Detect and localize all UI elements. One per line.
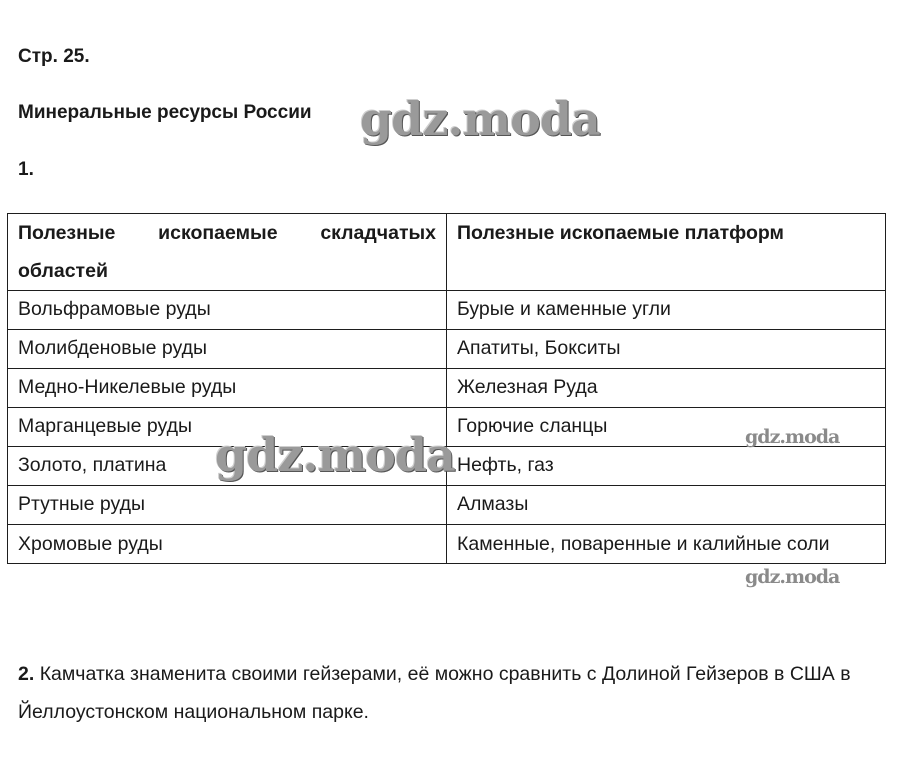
cell-folded-areas: Медно-Никелевые руды <box>8 369 447 408</box>
cell-platforms: Каменные, поваренные и калийные соли <box>447 525 886 564</box>
cell-platforms: Нефть, газ <box>447 447 886 486</box>
table-row: Медно-Никелевые рудыЖелезная Руда <box>8 369 886 408</box>
table-row: Молибденовые рудыАпатиты, Бокситы <box>8 330 886 369</box>
cell-platforms: Бурые и каменные угли <box>447 291 886 330</box>
cell-platforms: Апатиты, Бокситы <box>447 330 886 369</box>
cell-folded-areas: Марганцевые руды <box>8 408 447 447</box>
cell-folded-areas: Молибденовые руды <box>8 330 447 369</box>
header-platforms: Полезные ископаемые платформ <box>447 214 886 291</box>
page-reference: Стр. 25. <box>18 46 90 68</box>
task-2-text: Камчатка знаменита своими гейзерами, её … <box>18 663 851 723</box>
task-2-answer: 2. Камчатка знаменита своими гейзерами, … <box>18 655 880 731</box>
table-header-row: Полезные ископаемые складчатых областей … <box>8 214 886 291</box>
cell-folded-areas: Вольфрамовые руды <box>8 291 447 330</box>
cell-platforms: Горючие сланцы <box>447 408 886 447</box>
cell-folded-areas: Золото, платина <box>8 447 447 486</box>
cell-folded-areas: Ртутные руды <box>8 486 447 525</box>
table-row: Вольфрамовые рудыБурые и каменные угли <box>8 291 886 330</box>
table-row: Хромовые рудыКаменные, поваренные и кали… <box>8 525 886 564</box>
watermark: gdz.moda <box>745 566 839 588</box>
minerals-table: Полезные ископаемые складчатых областей … <box>7 213 886 564</box>
table-row: Золото, платинаНефть, газ <box>8 447 886 486</box>
cell-platforms: Алмазы <box>447 486 886 525</box>
section-title: Минеральные ресурсы России <box>18 102 312 124</box>
cell-platforms: Железная Руда <box>447 369 886 408</box>
task-2-number: 2. <box>18 663 34 685</box>
table-row: Марганцевые рудыГорючие сланцы <box>8 408 886 447</box>
table-row: Ртутные рудыАлмазы <box>8 486 886 525</box>
watermark: gdz.moda <box>360 92 600 146</box>
task-1-number: 1. <box>18 159 34 181</box>
cell-folded-areas: Хромовые руды <box>8 525 447 564</box>
header-folded-areas: Полезные ископаемые складчатых областей <box>8 214 447 291</box>
